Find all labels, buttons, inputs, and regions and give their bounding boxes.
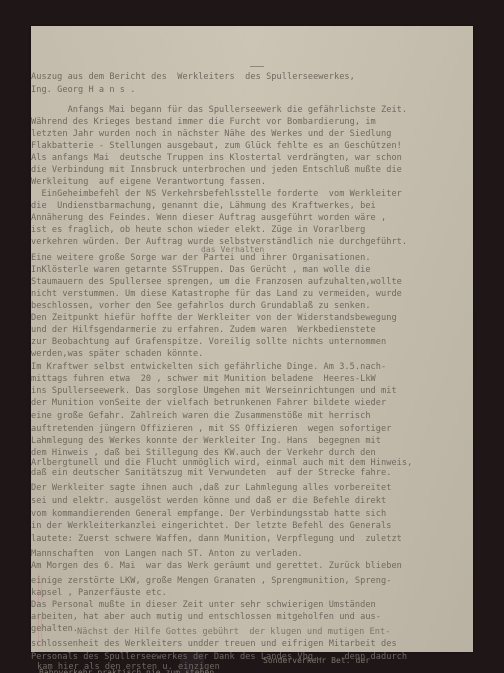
body-line: EinGeheimbefehl der NS Verkehrsbefehlsst… — [31, 189, 402, 199]
body-line: eine große Gefahr. Zahlreich waren die Z… — [31, 411, 371, 421]
body-line: gehalten. — [31, 624, 78, 634]
overtype-continuation: Nächst der Hilfe Gottes gebührt der klug… — [77, 628, 390, 637]
body-line: die Verbindung mit Innsbruck unterbroche… — [31, 165, 402, 175]
body-line: Lahmlegung des Werkes konnte der Werklei… — [31, 436, 381, 446]
body-line: auftretenden jüngern Offizieren , mit SS… — [31, 424, 391, 434]
body-line: arbeiten, hat aber auch mutig und entsch… — [31, 612, 381, 622]
body-line: Eine weitere große Sorge war der Partei … — [31, 253, 371, 263]
body-line: sei und elektr. ausgelöst werden könne u… — [31, 496, 386, 506]
body-line: der Munition vonSeite der vielfach betru… — [31, 398, 386, 408]
body-line: und der Hilfsgendarmerie zu erfahren. Zu… — [31, 325, 376, 335]
heading-line-1: Auszug aus dem Bericht des Werkleiters d… — [31, 72, 355, 82]
heading-line-2: Ing. Georg H a n s . — [31, 85, 135, 95]
body-line: Während des Krieges bestand immer die Fu… — [31, 117, 376, 127]
body-line: beschlossen, vorher den See gefahrlos du… — [31, 301, 371, 311]
body-line: Staumauern des Spullersee sprengen, um d… — [31, 277, 402, 287]
body-line: kapsel , Panzerfäuste etc. — [31, 588, 167, 598]
body-line: Das Personal mußte in dieser Zeit unter … — [31, 600, 376, 610]
body-line: mittags fuhren etwa 20 , schwer mit Muni… — [31, 374, 376, 384]
body-line: Arlbergtunell und die Flucht unmöglich w… — [31, 458, 412, 468]
body-line: lautete: Zuerst schwere Waffen, dann Mun… — [31, 534, 402, 544]
body-line: Als anfangs Mai deutsche Truppen ins Klo… — [31, 153, 402, 163]
body-line: Am Morgen des 6. Mai war das Werk geräum… — [31, 561, 402, 571]
body-line: letzten Jahr wurden noch in nächster Näh… — [31, 129, 391, 139]
body-line: Den Zeitpunkt hiefür hoffte der Werkleit… — [31, 313, 397, 323]
body-line: daß ein deutscher Sanitätszug mit Verwun… — [31, 468, 391, 478]
body-line: dem Hinweis , daß bei Stillegung des KW.… — [31, 448, 376, 458]
body-line: ins Spullerseewerk. Das sorglose Umgehen… — [31, 386, 397, 396]
body-line: nicht verstummen. Um diese Katastrophe f… — [31, 289, 402, 299]
body-line: werden,was später schaden könnte. — [31, 349, 203, 359]
body-line: schlossenheit des Werkleiters undder tre… — [31, 639, 397, 649]
body-line: vom kommandierenden General empfange. De… — [31, 509, 386, 519]
overtype-correction: Sonderverkehr Bet. der — [263, 656, 370, 665]
body-line: Annäherung des Feindes. Wenn dieser Auft… — [31, 213, 386, 223]
body-line: Der Werkleiter sagte ihnen auch ,daß zur… — [31, 483, 391, 493]
body-line: zur Beobachtung auf Grafenspitze. Voreil… — [31, 337, 386, 347]
body-line: Werkleitung auf eigene Verantwortung fas… — [31, 177, 266, 187]
body-line: Anfangs Mai begann für das Spullerseewer… — [31, 105, 407, 115]
body-line: in der Werkleiterkanzlei eingerichtet. D… — [31, 521, 391, 531]
body-line: Im Kraftwer selbst entwickelten sich gef… — [31, 362, 386, 372]
top-dash-mark — [250, 66, 264, 67]
body-line: Mannschaften von Langen nach ST. Anton z… — [31, 549, 303, 559]
overtype-correction: Bahnverkehr praktisch nie zum stehen. — [39, 668, 219, 673]
body-line: die Undienstbarmachung, genannt die, Läh… — [31, 201, 376, 211]
body-line: Flakbatterie - Stellungen ausgebaut, zum… — [31, 141, 402, 151]
body-line: InKlösterle waren getarnte SSTruppen. Da… — [31, 265, 371, 275]
body-line: ist es fraglich, ob heute schon wieder e… — [31, 225, 365, 235]
body-line: einige zerstörte LKW, große Mengen Grana… — [31, 576, 391, 586]
